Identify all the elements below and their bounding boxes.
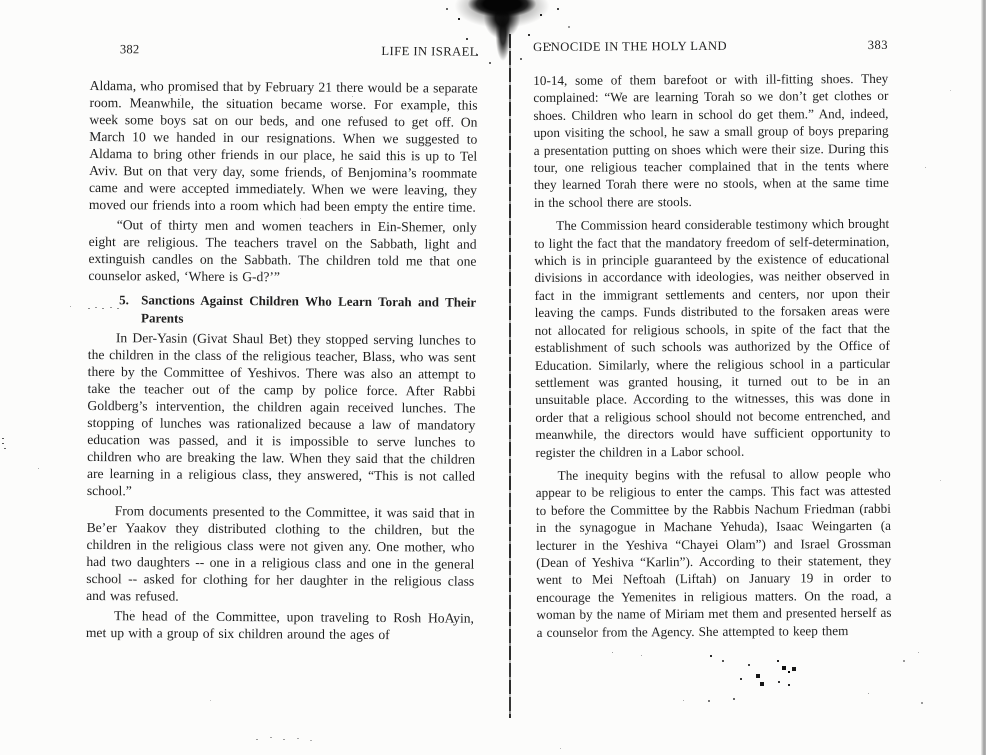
right-page-body: 10-14, some of them barefoot or with ill… <box>533 70 891 641</box>
right-page: GENOCIDE IN THE HOLY LAND 383 10-14, som… <box>533 38 892 641</box>
section-heading: 5. Sanctions Against Children Who Learn … <box>88 291 476 329</box>
right-page-number: 383 <box>868 38 888 53</box>
scan-edge-shadow <box>981 0 986 755</box>
section-number: 5. <box>119 291 141 326</box>
paragraph: From documents presented to the Committe… <box>86 502 475 607</box>
section-title: Sanctions Against Children Who Learn Tor… <box>141 291 476 328</box>
paragraph: The Commission heard considerable testim… <box>534 215 890 461</box>
left-page: 382 LIFE IN ISRAEL Aldama, who promised … <box>86 42 478 644</box>
left-page-number: 382 <box>120 42 140 57</box>
book-gutter-line <box>509 34 511 718</box>
paragraph: In Der-Yasin (Givat Shaul Bet) they stop… <box>87 329 476 502</box>
margin-marks <box>0 0 2 1</box>
left-page-header: 382 LIFE IN ISRAEL <box>90 42 478 60</box>
paragraph: 10-14, some of them barefoot or with ill… <box>533 70 889 211</box>
ink-blot-artifact <box>440 0 570 62</box>
paragraph: “Out of thirty men and women teachers in… <box>88 216 476 287</box>
left-page-body: Aldama, who promised that by February 21… <box>86 77 478 644</box>
book-scan: 382 LIFE IN ISRAEL Aldama, who promised … <box>0 0 986 755</box>
right-page-header: GENOCIDE IN THE HOLY LAND 383 <box>533 38 888 55</box>
paragraph: Aldama, who promised that by February 21… <box>89 77 478 216</box>
paragraph: The head of the Committee, upon travelin… <box>86 607 474 644</box>
paragraph: The inequity begins with the refusal to … <box>536 465 892 641</box>
